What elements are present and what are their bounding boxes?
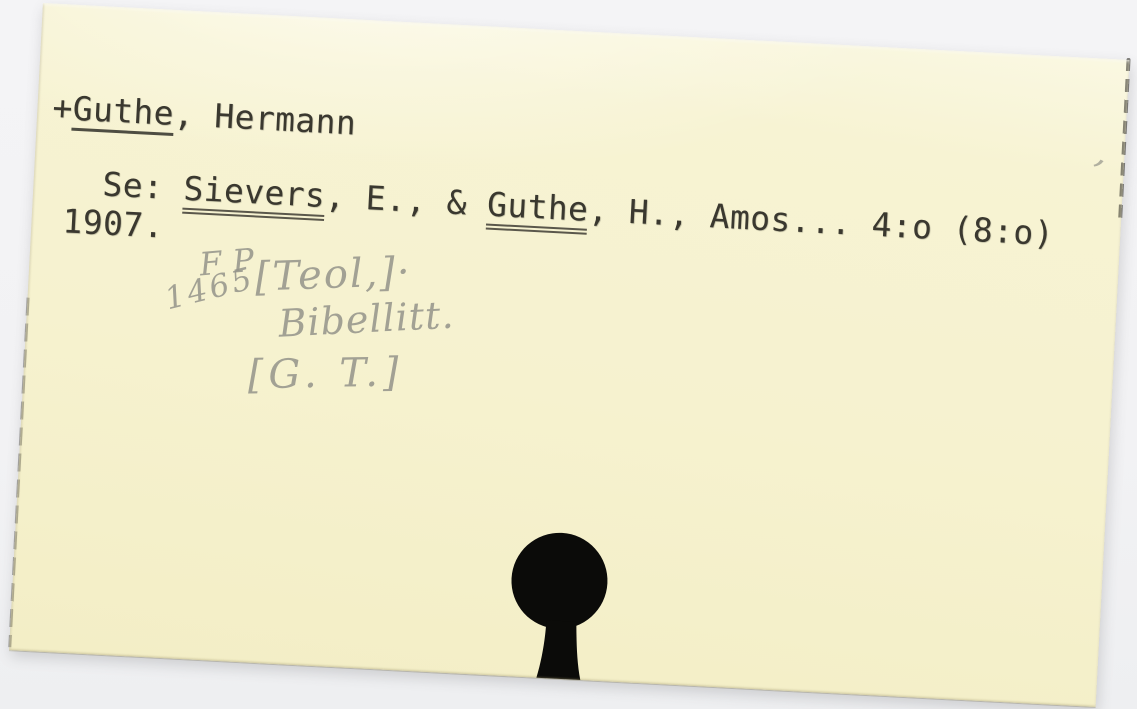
see-label: Se: <box>102 164 185 207</box>
referenced-author-2: Guthe <box>486 185 590 235</box>
reference-title-format: , H., Amos... 4:o (8:o) <box>587 190 1055 253</box>
see-reference-line: Se: Sievers, E., & Guthe, H., Amos... 4:… <box>102 165 1055 253</box>
pencil-subject-old-testament: [G. T.] <box>247 350 403 399</box>
heading-line: +Guthe, Hermann <box>52 89 358 143</box>
card-right-edge-shadow <box>1118 58 1131 223</box>
year-line: 1907. <box>62 202 165 245</box>
scan-background: +Guthe, Hermann Se: Sievers, E., & Guthe… <box>0 0 1137 709</box>
heading-prefix: + <box>52 88 74 128</box>
keyhole-punch-icon <box>488 521 636 684</box>
referenced-author-1: Sievers <box>182 169 326 221</box>
catalog-card: +Guthe, Hermann Se: Sievers, E., & Guthe… <box>9 3 1129 707</box>
pencil-stray-tick: ʼ <box>1079 152 1107 194</box>
pencil-subject-teol: [Teol,]· <box>254 249 412 300</box>
card-left-edge-shadow <box>8 298 29 648</box>
heading-forename: , Hermann <box>173 94 357 142</box>
heading-surname: Guthe <box>72 89 175 136</box>
pencil-subject-bibellitt: Bibellitt. <box>277 293 455 346</box>
reference-separator: , E., & <box>324 176 488 223</box>
